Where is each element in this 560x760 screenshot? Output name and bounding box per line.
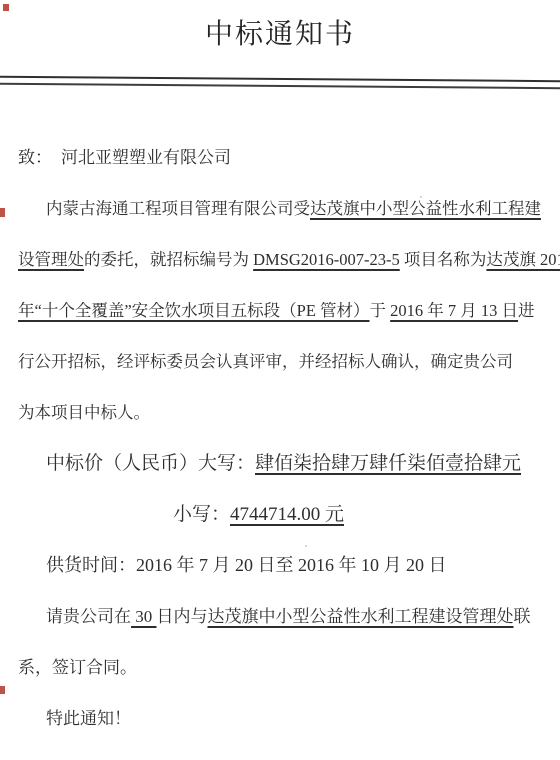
body-line-2: 设管理处的委托，就招标编号为 DMSG2016-007-23-5 项目名称为达茂… xyxy=(18,234,542,285)
body-text: 的委托，就招标编号为 xyxy=(84,250,253,269)
body-line-1: 内蒙古海通工程项目管理有限公司受达茂旗中小型公益性水利工程建 xyxy=(18,183,542,234)
supply-time-text: 供货时间：2016 年 7 月 20 日至 2016 年 10 月 20 日 xyxy=(46,555,447,575)
body-text: 请贵公司在 xyxy=(46,607,131,626)
request-line-1: 请贵公司在 30 日内与达茂旗中小型公益性水利工程建设管理处联 xyxy=(18,591,542,642)
body-text: 内蒙古海通工程项目管理有限公司受 xyxy=(46,199,310,218)
underlined-text: 设管理处 xyxy=(18,250,84,269)
recipient-label: 致： xyxy=(18,148,52,167)
underlined-text: 达茂旗中小型公益性水利工程建 xyxy=(310,199,541,218)
underlined-text: 达茂旗 2016 xyxy=(486,250,560,269)
body-line-5: 为本项目中标人。 xyxy=(18,387,542,438)
body-text: 于 xyxy=(370,301,391,320)
body-text: 行公开招标，经评标委员会认真评审，并经招标人确认，确定贵公司 xyxy=(18,352,513,371)
request-line-2: 系，签订合同。 xyxy=(18,642,542,693)
supply-time-line: 供货时间：2016 年 7 月 20 日至 2016 年 10 月 20 日 xyxy=(18,540,542,591)
underlined-price-figures: 4744714.00 元 xyxy=(230,504,344,525)
body-text: 日内与 xyxy=(157,607,208,626)
header-double-rule xyxy=(0,76,560,89)
red-scan-speck xyxy=(3,4,9,11)
header-rule-top xyxy=(0,76,560,82)
recipient-name: 河北亚塑塑业有限公司 xyxy=(61,148,231,167)
header-rule-bottom xyxy=(0,83,560,89)
body-text: 进 xyxy=(518,301,535,320)
underlined-days: 30 xyxy=(131,607,157,626)
price-small-label: 小写： xyxy=(173,504,230,525)
body-line-3: 年“十个全覆盖”安全饮水项目五标段（PE 管材）于 2016 年 7 月 13 … xyxy=(18,285,542,336)
price-label: 中标价（人民币）大写： xyxy=(46,453,255,474)
body-text: 系，签订合同。 xyxy=(18,658,137,677)
scanned-document-page: 中标通知书 致：河北亚塑塑业有限公司 内蒙古海通工程项目管理有限公司受达茂旗中小… xyxy=(0,0,560,760)
body-text: 为本项目中标人。 xyxy=(18,403,150,422)
document-title: 中标通知书 xyxy=(0,14,560,56)
red-scan-speck xyxy=(0,208,5,217)
recipient-line: 致：河北亚塑塑业有限公司 xyxy=(18,132,542,183)
body-line-4: 行公开招标，经评标委员会认真评审，并经招标人确认，确定贵公司 xyxy=(18,336,542,387)
closing-line: 特此通知！ xyxy=(18,693,542,744)
underlined-date: 2016 年 7 月 13 日 xyxy=(390,301,518,320)
underlined-project-name: 年“十个全覆盖”安全饮水项目五标段（PE 管材） xyxy=(18,301,370,320)
underlined-bid-number: DMSG2016-007-23-5 xyxy=(253,250,400,269)
document-body: 致：河北亚塑塑业有限公司 内蒙古海通工程项目管理有限公司受达茂旗中小型公益性水利… xyxy=(18,132,542,744)
body-text: 联 xyxy=(514,607,531,626)
price-words-line: 中标价（人民币）大写：肆佰柒拾肆万肆仟柒佰壹拾肆元 xyxy=(18,438,542,489)
closing-text: 特此通知！ xyxy=(46,709,131,728)
red-scan-speck xyxy=(0,686,5,694)
underlined-price-words: 肆佰柒拾肆万肆仟柒佰壹拾肆元 xyxy=(255,453,521,474)
underlined-agency-name: 达茂旗中小型公益性水利工程建设管理处 xyxy=(208,607,514,626)
price-figures-line: 小写：4744714.00 元 xyxy=(18,489,542,540)
body-text: 项目名称为 xyxy=(400,250,487,269)
